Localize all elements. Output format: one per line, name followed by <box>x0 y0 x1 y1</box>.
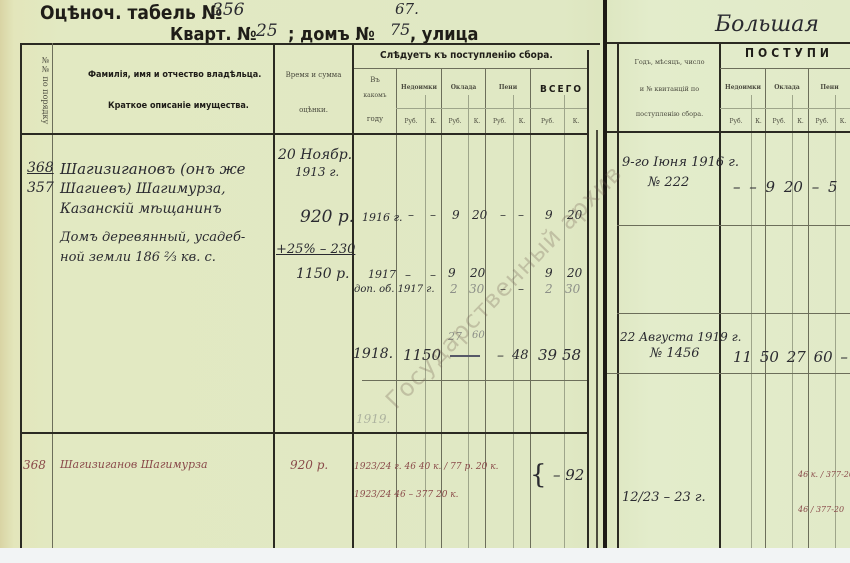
entry-year: 1919. <box>356 412 390 426</box>
vline <box>52 43 53 548</box>
row-divider <box>20 432 589 434</box>
kop-label: К. <box>469 118 485 125</box>
col-received-header: ПОСТУПИ <box>745 46 833 60</box>
kop-label: К. <box>793 118 808 125</box>
col-year-header-1: Въ <box>354 76 396 84</box>
row2-num: 368 <box>23 458 46 472</box>
col-salary-header-right: Оклада <box>766 84 808 91</box>
rub-label: Руб. <box>397 118 425 125</box>
bottom-margin <box>0 548 850 563</box>
entry-cell: 9 <box>545 266 553 280</box>
entry-cell: 20 <box>472 208 487 222</box>
col-date-header-2: и № квитанцій по <box>620 85 719 93</box>
col-penalty-header-right: Пени <box>809 84 850 91</box>
vline <box>396 68 397 548</box>
col-salary-header: Оклада <box>442 84 485 91</box>
kop-label: К. <box>514 118 530 125</box>
col-arrears-header-right: Недоимки <box>721 84 765 91</box>
hline <box>617 225 850 226</box>
row1-num-top: 368 <box>27 160 54 176</box>
row1-desc-1: Домъ деревянный, усадеб- <box>60 230 245 245</box>
quarter-label: Кварт. № <box>170 24 257 45</box>
row1-owner-1: Шагизигановъ (онъ же <box>60 160 246 178</box>
hline <box>396 108 587 109</box>
entry-cell: 30 <box>565 282 580 296</box>
brace: { <box>530 460 547 490</box>
rub-label: Руб. <box>486 118 513 125</box>
row1-val-date-1: 20 Ноябр. <box>278 147 352 163</box>
entry-cell: 2 <box>450 282 458 296</box>
ledger-sheet: Оцѣноч. табель № 356 67. Кварт. № 25 ; д… <box>0 0 850 548</box>
receipt-number: № 1456 <box>650 346 700 361</box>
entry-cell: 58 <box>562 346 581 364</box>
row1-desc-2: ной земли 186 ⅔ кв. с. <box>60 250 216 265</box>
hline <box>617 313 850 314</box>
rub-label: Руб. <box>766 118 792 125</box>
entry-cell: – <box>430 268 436 282</box>
vline <box>425 95 426 548</box>
entry-cell: 20 <box>470 266 485 280</box>
col-year-header-2: какомъ <box>354 92 396 99</box>
hline <box>720 68 850 69</box>
receipt-date: 12/23 – 23 г. <box>622 490 706 505</box>
header-bottom-rule-right <box>607 131 850 133</box>
row1-val-total: 1150 р. <box>296 266 350 282</box>
hline <box>607 373 850 374</box>
entry-cell: 9 <box>452 208 460 222</box>
row2-total: – 92 <box>553 466 584 484</box>
row1-owner-2: Шагиевъ) Шагимурза, <box>60 181 226 197</box>
entry-cell: – <box>518 208 524 222</box>
row1-val-sum: 920 р. <box>300 207 354 227</box>
top-rule-right <box>607 42 850 44</box>
top-rule-left <box>20 43 600 45</box>
receipt-number: № 222 <box>648 175 689 190</box>
entry-year: доп. об. 1917 г. <box>354 284 435 295</box>
row1-num-bottom: 357 <box>27 180 54 196</box>
entry-cell: – <box>405 268 411 282</box>
entry-cell: 2 <box>545 282 553 296</box>
vline <box>751 95 752 548</box>
vline <box>617 43 619 548</box>
row2-entry-1: 1923/24 г. 46 40 к. / 77 р. 20 к. <box>354 462 498 472</box>
vline <box>587 50 589 548</box>
entry-cell: 9 <box>448 266 456 280</box>
vline <box>273 43 275 548</box>
entry-cell: – <box>430 208 436 222</box>
rub-label: Руб. <box>442 118 468 125</box>
house-number: 75 <box>390 20 410 39</box>
receipt-red-1: 46 к. / 377-20 <box>798 470 850 479</box>
col-valuation-header-1: Время и сумма <box>275 71 352 79</box>
col-arrears-header: Недоимки <box>397 84 441 91</box>
row2-owner: Шагизиганов Шагимурза <box>60 458 208 471</box>
entry-year: 1916 г. <box>362 211 403 224</box>
entry-year: 1917 <box>368 268 396 281</box>
receipt-date: 22 Августа 1919 г. <box>620 330 741 344</box>
entry-year: 1918. <box>353 346 393 362</box>
receipt-date: 9-го Іюня 1916 г. <box>622 155 739 170</box>
receipt-values: 11 50 27 60 – 75 <box>733 348 850 366</box>
entry-cell: 39 <box>538 346 557 364</box>
col-due-header: Слѣдуетъ къ поступленію сбора. <box>380 50 553 61</box>
col-penalty-header: Пени <box>486 84 530 91</box>
row1-owner-3: Казанскій мѣщанинъ <box>60 201 222 217</box>
vline <box>835 95 836 548</box>
col-date-header-3: поступленію сбора. <box>620 110 719 118</box>
title-prefix: Оцѣноч. табель № <box>40 2 222 24</box>
vline <box>513 95 514 548</box>
row2-valuation: 920 р. <box>290 458 328 472</box>
col-year-header-3: году <box>354 115 396 123</box>
street-name: Большая <box>715 12 819 37</box>
col-owner-header-1: Фамилія, имя и отчество владѣльца. <box>88 70 261 80</box>
book-spine <box>603 0 607 548</box>
receipt-values: – – 9 20 – 5 <box>733 178 838 196</box>
col-total-header: ВСЕГО <box>540 84 583 95</box>
entry-cell: – <box>497 348 504 364</box>
kop-label: К. <box>836 118 850 125</box>
col-num-header: №№ по порядку <box>24 50 50 130</box>
vline <box>20 43 22 548</box>
entry-cell: – <box>408 208 414 222</box>
vline <box>765 68 766 548</box>
hline <box>354 68 587 69</box>
row1-val-date-2: 1913 г. <box>295 165 339 179</box>
receipt-red-2: 46 / 377-20 <box>798 505 844 514</box>
hline <box>720 108 850 109</box>
corner-number: 67. <box>395 0 419 18</box>
row2-entry-2: 1923/24 46 – 377 20 к. <box>354 490 459 500</box>
quarter-number: 25 <box>256 21 278 41</box>
kop-label: К. <box>565 118 587 125</box>
street-label: , улица <box>410 24 478 45</box>
rub-label: Руб. <box>809 118 835 125</box>
kop-label: К. <box>426 118 441 125</box>
entry-cell: 48 <box>512 348 529 363</box>
house-label: ; домъ № <box>288 24 375 45</box>
entry-cell: 20 <box>567 266 582 280</box>
rub-label: Руб. <box>531 118 564 125</box>
title-number: 356 <box>212 0 244 20</box>
header-bottom-rule <box>20 133 589 135</box>
col-valuation-header-2: оцѣнки. <box>275 106 352 114</box>
row1-val-add: +25% – 230 <box>276 242 355 257</box>
col-date-header-1: Годъ, мѣсяцъ, число <box>620 58 719 66</box>
rub-label: Руб. <box>721 118 751 125</box>
vline <box>792 95 793 548</box>
kop-label: К. <box>752 118 765 125</box>
entry-cell: – <box>500 208 506 222</box>
col-owner-header-2: Краткое описаніе имущества. <box>108 101 249 111</box>
vline <box>441 68 442 548</box>
